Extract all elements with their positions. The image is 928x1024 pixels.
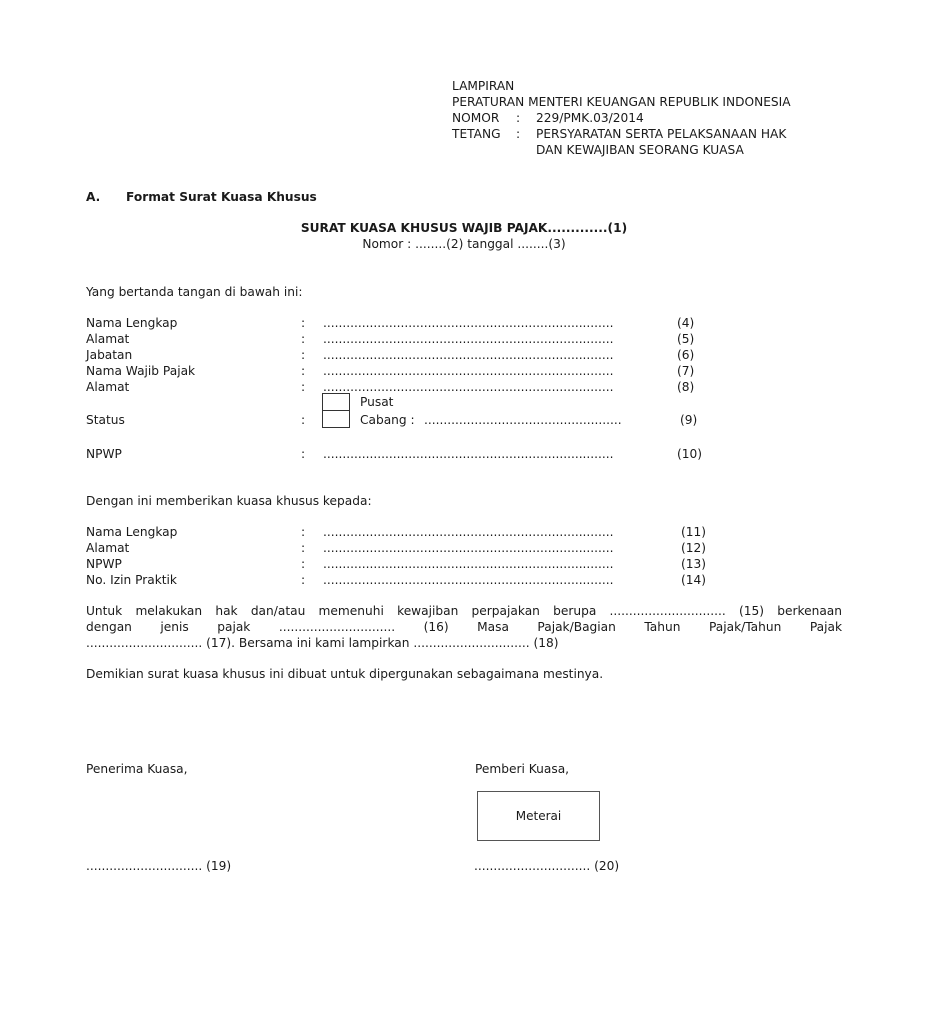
field-label: Nama Lengkap: [86, 524, 177, 540]
field-label: Alamat: [86, 540, 129, 556]
colon: :: [301, 556, 305, 572]
field-number: (5): [677, 331, 694, 347]
colon: :: [301, 315, 305, 331]
field-fill-line[interactable]: ........................................…: [323, 572, 677, 588]
section-title: Format Surat Kuasa Khusus: [126, 189, 317, 205]
giver-label: Pemberi Kuasa,: [475, 761, 569, 777]
field-label: NPWP: [86, 556, 122, 572]
checkbox-cabang[interactable]: [322, 410, 350, 428]
colon: :: [301, 347, 305, 363]
field-fill-line[interactable]: ........................................…: [323, 347, 673, 363]
npwp-fill-line[interactable]: ........................................…: [323, 446, 673, 462]
field-fill-line[interactable]: ........................................…: [323, 331, 673, 347]
field-fill-line[interactable]: ........................................…: [323, 524, 677, 540]
field-fill-line[interactable]: ........................................…: [323, 363, 673, 379]
paragraph-line-2: dengan jenis pajak .....................…: [86, 619, 842, 635]
header-colon: :: [516, 126, 520, 142]
doc-title: SURAT KUASA KHUSUS WAJIB PAJAK..........…: [0, 220, 928, 236]
colon: :: [301, 446, 305, 462]
stamp-box: Meterai: [477, 791, 600, 841]
field-number: (14): [681, 572, 706, 588]
grant-intro-text: Dengan ini memberikan kuasa khusus kepad…: [86, 493, 372, 509]
option-pusat-label: Pusat: [360, 394, 393, 410]
header-tetang-value-cont: DAN KEWAJIBAN SEORANG KUASA: [536, 142, 744, 158]
paragraph-line-3: .............................. (17). Ber…: [86, 635, 558, 651]
section-letter: A.: [86, 189, 100, 205]
giver-signature-line[interactable]: .............................. (20): [474, 858, 619, 874]
header-tetang-value: PERSYARATAN SERTA PELAKSANAAN HAK: [536, 126, 786, 142]
field-label: Alamat: [86, 331, 129, 347]
header-regulation: PERATURAN MENTERI KEUANGAN REPUBLIK INDO…: [452, 94, 791, 110]
header-nomor-value: 229/PMK.03/2014: [536, 110, 644, 126]
field-number: (6): [677, 347, 694, 363]
intro-text: Yang bertanda tangan di bawah ini:: [86, 284, 302, 300]
field-label: Nama Lengkap: [86, 315, 177, 331]
field-label: No. Izin Praktik: [86, 572, 177, 588]
field-number: (4): [677, 315, 694, 331]
header-colon: :: [516, 110, 520, 126]
field-fill-line[interactable]: ........................................…: [323, 379, 673, 395]
npwp-label: NPWP: [86, 446, 122, 462]
field-fill-line[interactable]: ........................................…: [323, 315, 673, 331]
field-label: Jabatan: [86, 347, 132, 363]
option-cabang-label: Cabang :: [360, 412, 415, 428]
doc-subtitle: Nomor : ........(2) tanggal ........(3): [0, 236, 928, 252]
receiver-signature-line[interactable]: .............................. (19): [86, 858, 231, 874]
header-tetang-label: TETANG: [452, 126, 501, 142]
receiver-label: Penerima Kuasa,: [86, 761, 188, 777]
header-nomor-label: NOMOR: [452, 110, 499, 126]
field-number: (8): [677, 379, 694, 395]
checkbox-pusat[interactable]: [322, 393, 350, 411]
field-label: Alamat: [86, 379, 129, 395]
colon: :: [301, 524, 305, 540]
field-number: (11): [681, 524, 706, 540]
colon: :: [301, 540, 305, 556]
field-number: (13): [681, 556, 706, 572]
stamp-label: Meterai: [516, 809, 561, 823]
colon: :: [301, 379, 305, 395]
field-fill-line[interactable]: ........................................…: [323, 540, 677, 556]
field-label: Nama Wajib Pajak: [86, 363, 195, 379]
field-number: (10): [677, 446, 702, 462]
colon: :: [301, 412, 305, 428]
field-fill-line[interactable]: ........................................…: [323, 556, 677, 572]
status-label: Status: [86, 412, 125, 428]
paragraph-line-1: Untuk melakukan hak dan/atau memenuhi ke…: [86, 603, 842, 619]
field-number: (7): [677, 363, 694, 379]
colon: :: [301, 363, 305, 379]
header-lampiran: LAMPIRAN: [452, 78, 514, 94]
cabang-fill-line[interactable]: ........................................…: [424, 412, 672, 428]
closing-text: Demikian surat kuasa khusus ini dibuat u…: [86, 666, 603, 682]
colon: :: [301, 572, 305, 588]
field-number: (12): [681, 540, 706, 556]
field-number: (9): [680, 412, 697, 428]
colon: :: [301, 331, 305, 347]
